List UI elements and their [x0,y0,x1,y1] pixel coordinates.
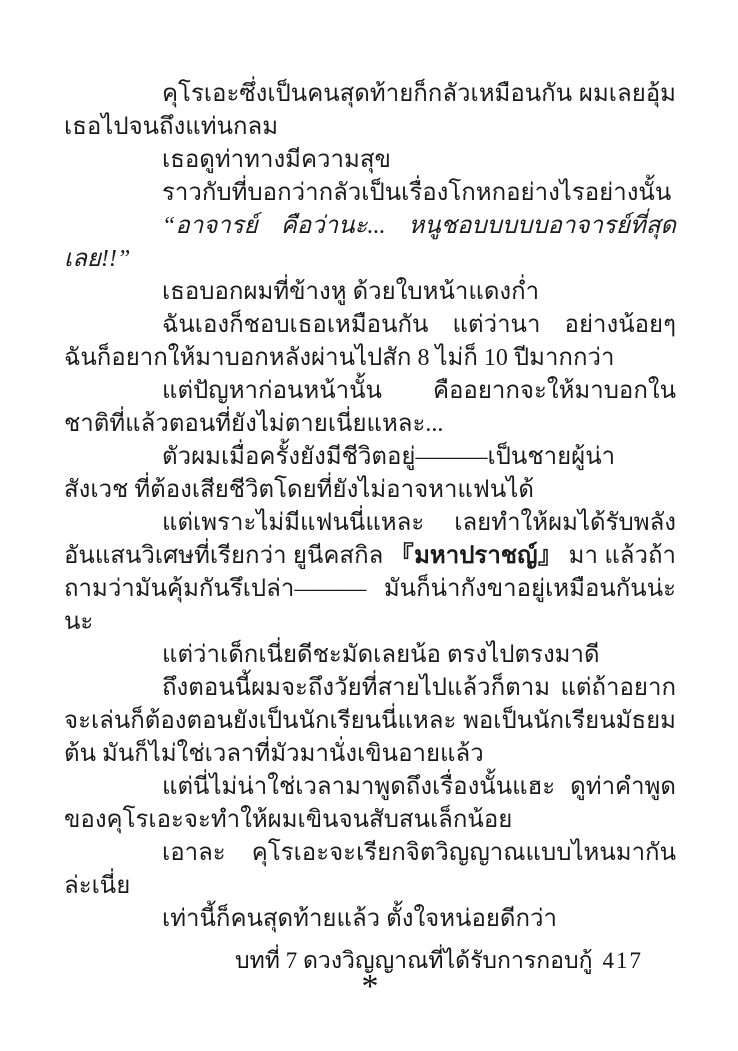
footer-chapter-label: บทที่ 7 ดวงวิญญาณที่ได้รับการกอบกู้ [235,948,592,973]
paragraph-with-skill-name: แต่เพราะไม่มีแฟนนี่แหละ เลยทำให้ผมได้รับ… [64,507,676,639]
paragraph: เธอบอกผมที่ข้างหู ด้วยใบหน้าแดงก่ำ [64,276,676,309]
paragraph: ฉันเองก็ชอบเธอเหมือนกัน แต่ว่านา อย่างน้… [64,309,676,375]
paragraph: เท่านี้ก็คนสุดท้ายแล้ว ตั้งใจหน่อยดีกว่า [64,903,676,936]
paragraph: แต่ปัญหาก่อนหน้านั้น คืออยากจะให้มาบอกใน… [64,375,676,441]
paragraph: ตัวผมเมื่อครั้งยังมีชีวิตอยู่———เป็นชายผ… [64,441,676,507]
skill-name-bold: 『มหาปราชญ์』 [390,543,563,569]
dialogue-quote-paragraph: “อาจารย์ คือว่านะ... หนูชอบบบบบอาจารย์ที… [64,210,676,276]
page-footer: บทที่ 7 ดวงวิญญาณที่ได้รับการกอบกู้417 [235,946,643,976]
footer-page-number: 417 [603,948,644,973]
paragraph: แต่ว่าเด็กเนี่ยดีชะมัดเลยน้อ ตรงไปตรงมาด… [64,639,676,672]
paragraph: ราวกับที่บอกว่ากลัวเป็นเรื่องโกหกอย่างไร… [64,177,676,210]
book-page: คุโรเอะซึ่งเป็นคนสุดท้ายก็กลัวเหมือนกัน … [0,0,738,1051]
paragraph: เธอดูท่าทางมีความสุข [64,144,676,177]
paragraph: ถึงตอนนี้ผมจะถึงวัยที่สายไปแล้วก็ตาม แต่… [64,672,676,771]
body-text: คุโรเอะซึ่งเป็นคนสุดท้ายก็กลัวเหมือนกัน … [64,78,676,1004]
paragraph: เอาละ คุโรเอะจะเรียกจิตวิญญาณแบบไหนมากัน… [64,837,676,903]
paragraph: แต่นี่ไม่น่าใช่เวลามาพูดถึงเรื่องนั้นแฮะ… [64,771,676,837]
paragraph: คุโรเอะซึ่งเป็นคนสุดท้ายก็กลัวเหมือนกัน … [64,78,676,144]
